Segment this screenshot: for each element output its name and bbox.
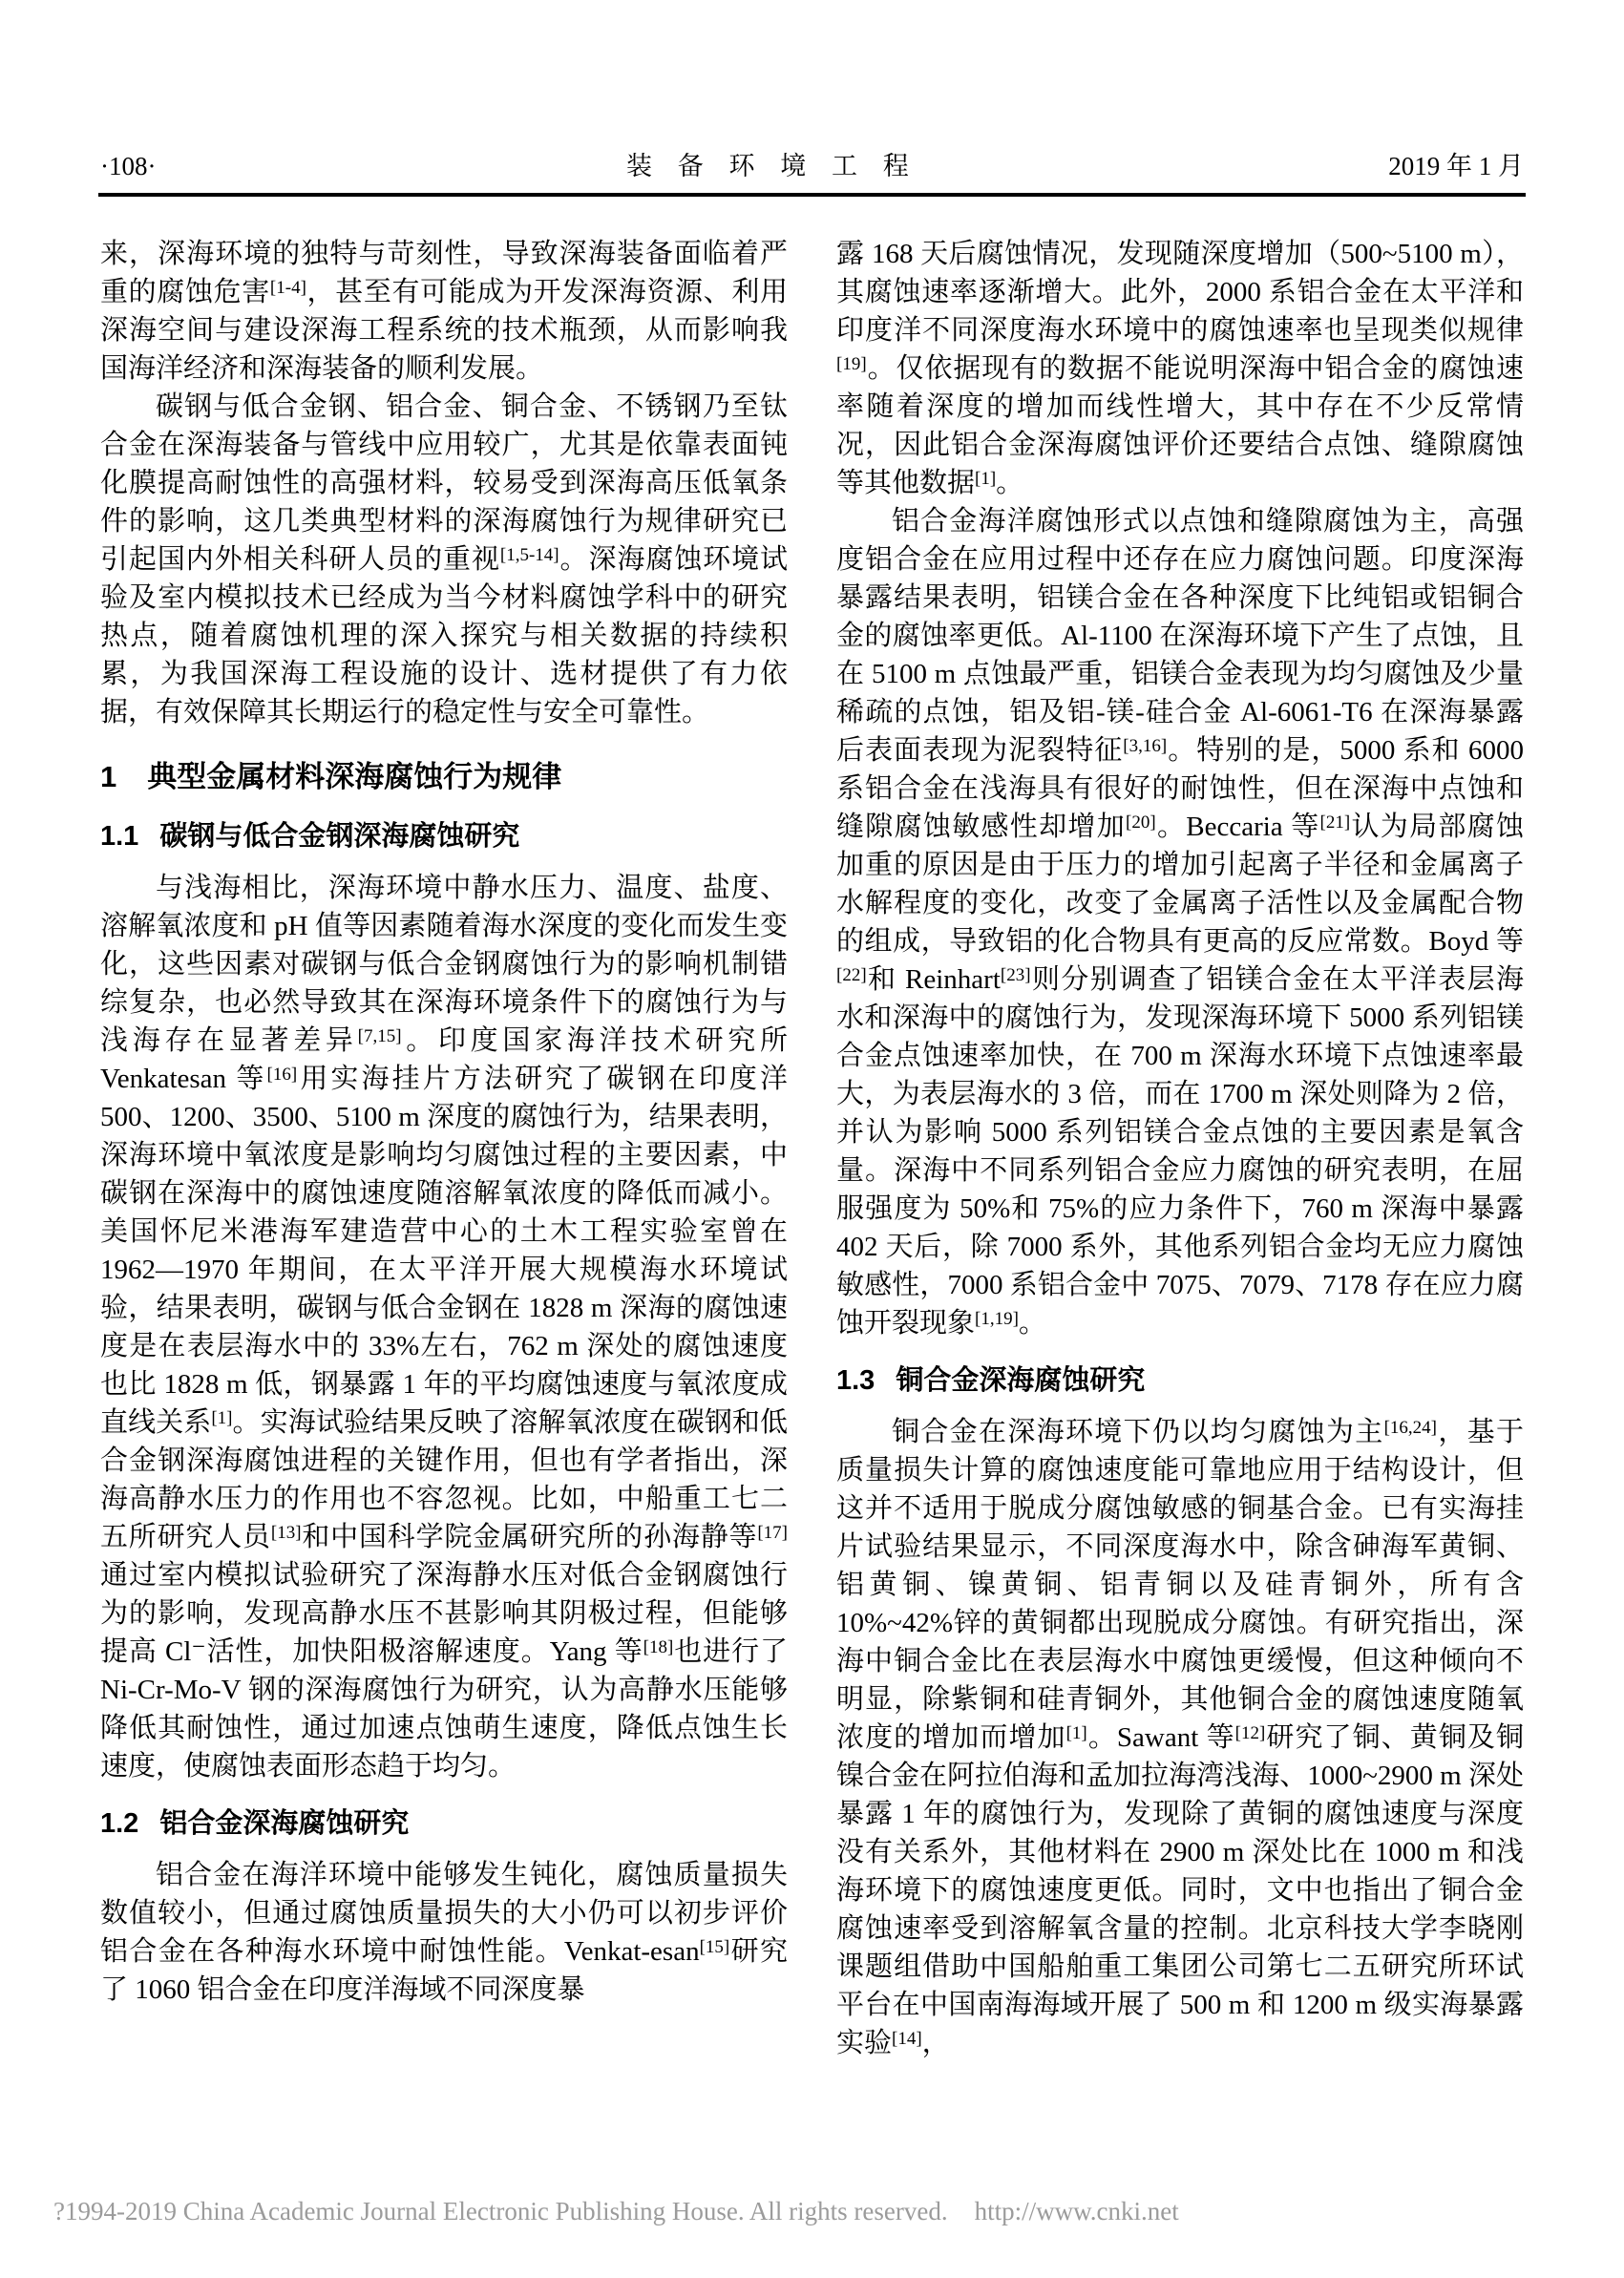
citation-ref: [16] [267,1065,298,1085]
copyright-notice: ?1994-2019 China Academic Journal Electr… [53,2196,948,2226]
section-heading: 1典型金属材料深海腐蚀行为规律 [100,756,788,798]
article-body: 来，深海环境的独特与苛刻性，导致深海装备面临着严重的腐蚀危害[1-4]，甚至有可… [100,235,1524,2062]
paragraph: 铝合金海洋腐蚀形式以点蚀和缝隙腐蚀为主，高强度铝合金在应用过程中还存在应力腐蚀问… [836,502,1524,1342]
subsection-heading: 1.2铝合金深海腐蚀研究 [100,1804,788,1843]
page-footer: ?1994-2019 China Academic Journal Electr… [53,2196,1179,2226]
citation-ref: [23] [1001,965,1031,985]
citation-ref: [7,15] [358,1026,402,1046]
citation-ref: [1-4] [270,278,306,298]
paragraph: 来，深海环境的独特与苛刻性，导致深海装备面临着严重的腐蚀危害[1-4]，甚至有可… [100,235,788,388]
document-page: ·108· 装 备 环 境 工 程 2019 年 1 月 来，深海环境的独特与苛… [0,0,1624,2278]
issue-date: 2019 年 1 月 [1388,151,1524,181]
heading-title: 铜合金深海腐蚀研究 [896,1361,1145,1400]
heading-number: 1.1 [100,817,138,855]
citation-ref: [1,19] [975,1309,1019,1329]
citation-ref: [1] [975,469,996,489]
citation-ref: [20] [1126,812,1156,833]
citation-ref: [21] [1320,812,1351,833]
citation-ref: [15] [700,1937,730,1957]
heading-title: 典型金属材料深海腐蚀行为规律 [147,756,561,798]
header-rule [98,193,1526,197]
citation-ref: [18] [643,1637,674,1657]
citation-ref: [22] [836,965,867,985]
citation-ref: [13] [271,1523,302,1543]
citation-ref: [1] [1066,1723,1087,1743]
heading-title: 碳钢与低合金钢深海腐蚀研究 [159,817,519,855]
heading-number: 1.2 [100,1804,138,1843]
left-column: 来，深海环境的独特与苛刻性，导致深海装备面临着严重的腐蚀危害[1-4]，甚至有可… [100,235,788,2062]
citation-ref: [1] [211,1408,232,1428]
subsection-heading: 1.1碳钢与低合金钢深海腐蚀研究 [100,817,788,855]
citation-ref: [12] [1235,1723,1266,1743]
citation-ref: [17] [757,1523,788,1543]
paragraph: 露 168 天后腐蚀情况，发现随深度增加（500~5100 m），其腐蚀速率逐渐… [836,235,1524,502]
citation-ref: [1,5-14] [500,545,559,565]
cnki-url: http://www.cnki.net [975,2196,1179,2226]
citation-ref: [16,24] [1384,1418,1437,1438]
page-header: ·108· 装 备 环 境 工 程 2019 年 1 月 [0,0,1624,181]
heading-number: 1.3 [836,1361,875,1400]
page-number: ·108· [100,151,156,181]
paragraph: 铝合金在海洋环境中能够发生钝化，腐蚀质量损失数值较小，但通过腐蚀质量损失的大小仍… [100,1856,788,2009]
paragraph: 与浅海相比，深海环境中静水压力、温度、盐度、溶解氧浓度和 pH 值等因素随着海水… [100,869,788,1785]
right-column: 露 168 天后腐蚀情况，发现随深度增加（500~5100 m），其腐蚀速率逐渐… [836,235,1524,2062]
journal-title: 装 备 环 境 工 程 [626,151,918,181]
paragraph: 碳钢与低合金钢、铝合金、铜合金、不锈钢乃至钛合金在深海装备与管线中应用较广，尤其… [100,388,788,731]
heading-number: 1 [100,756,116,798]
citation-ref: [3,16] [1123,736,1167,756]
heading-title: 铝合金深海腐蚀研究 [159,1804,409,1843]
citation-ref: [14] [892,2029,922,2049]
subsection-heading: 1.3铜合金深海腐蚀研究 [836,1361,1524,1400]
paragraph: 铜合金在深海环境下仍以均匀腐蚀为主[16,24]，基于质量损失计算的腐蚀速度能可… [836,1413,1524,2062]
citation-ref: [19] [836,354,867,374]
